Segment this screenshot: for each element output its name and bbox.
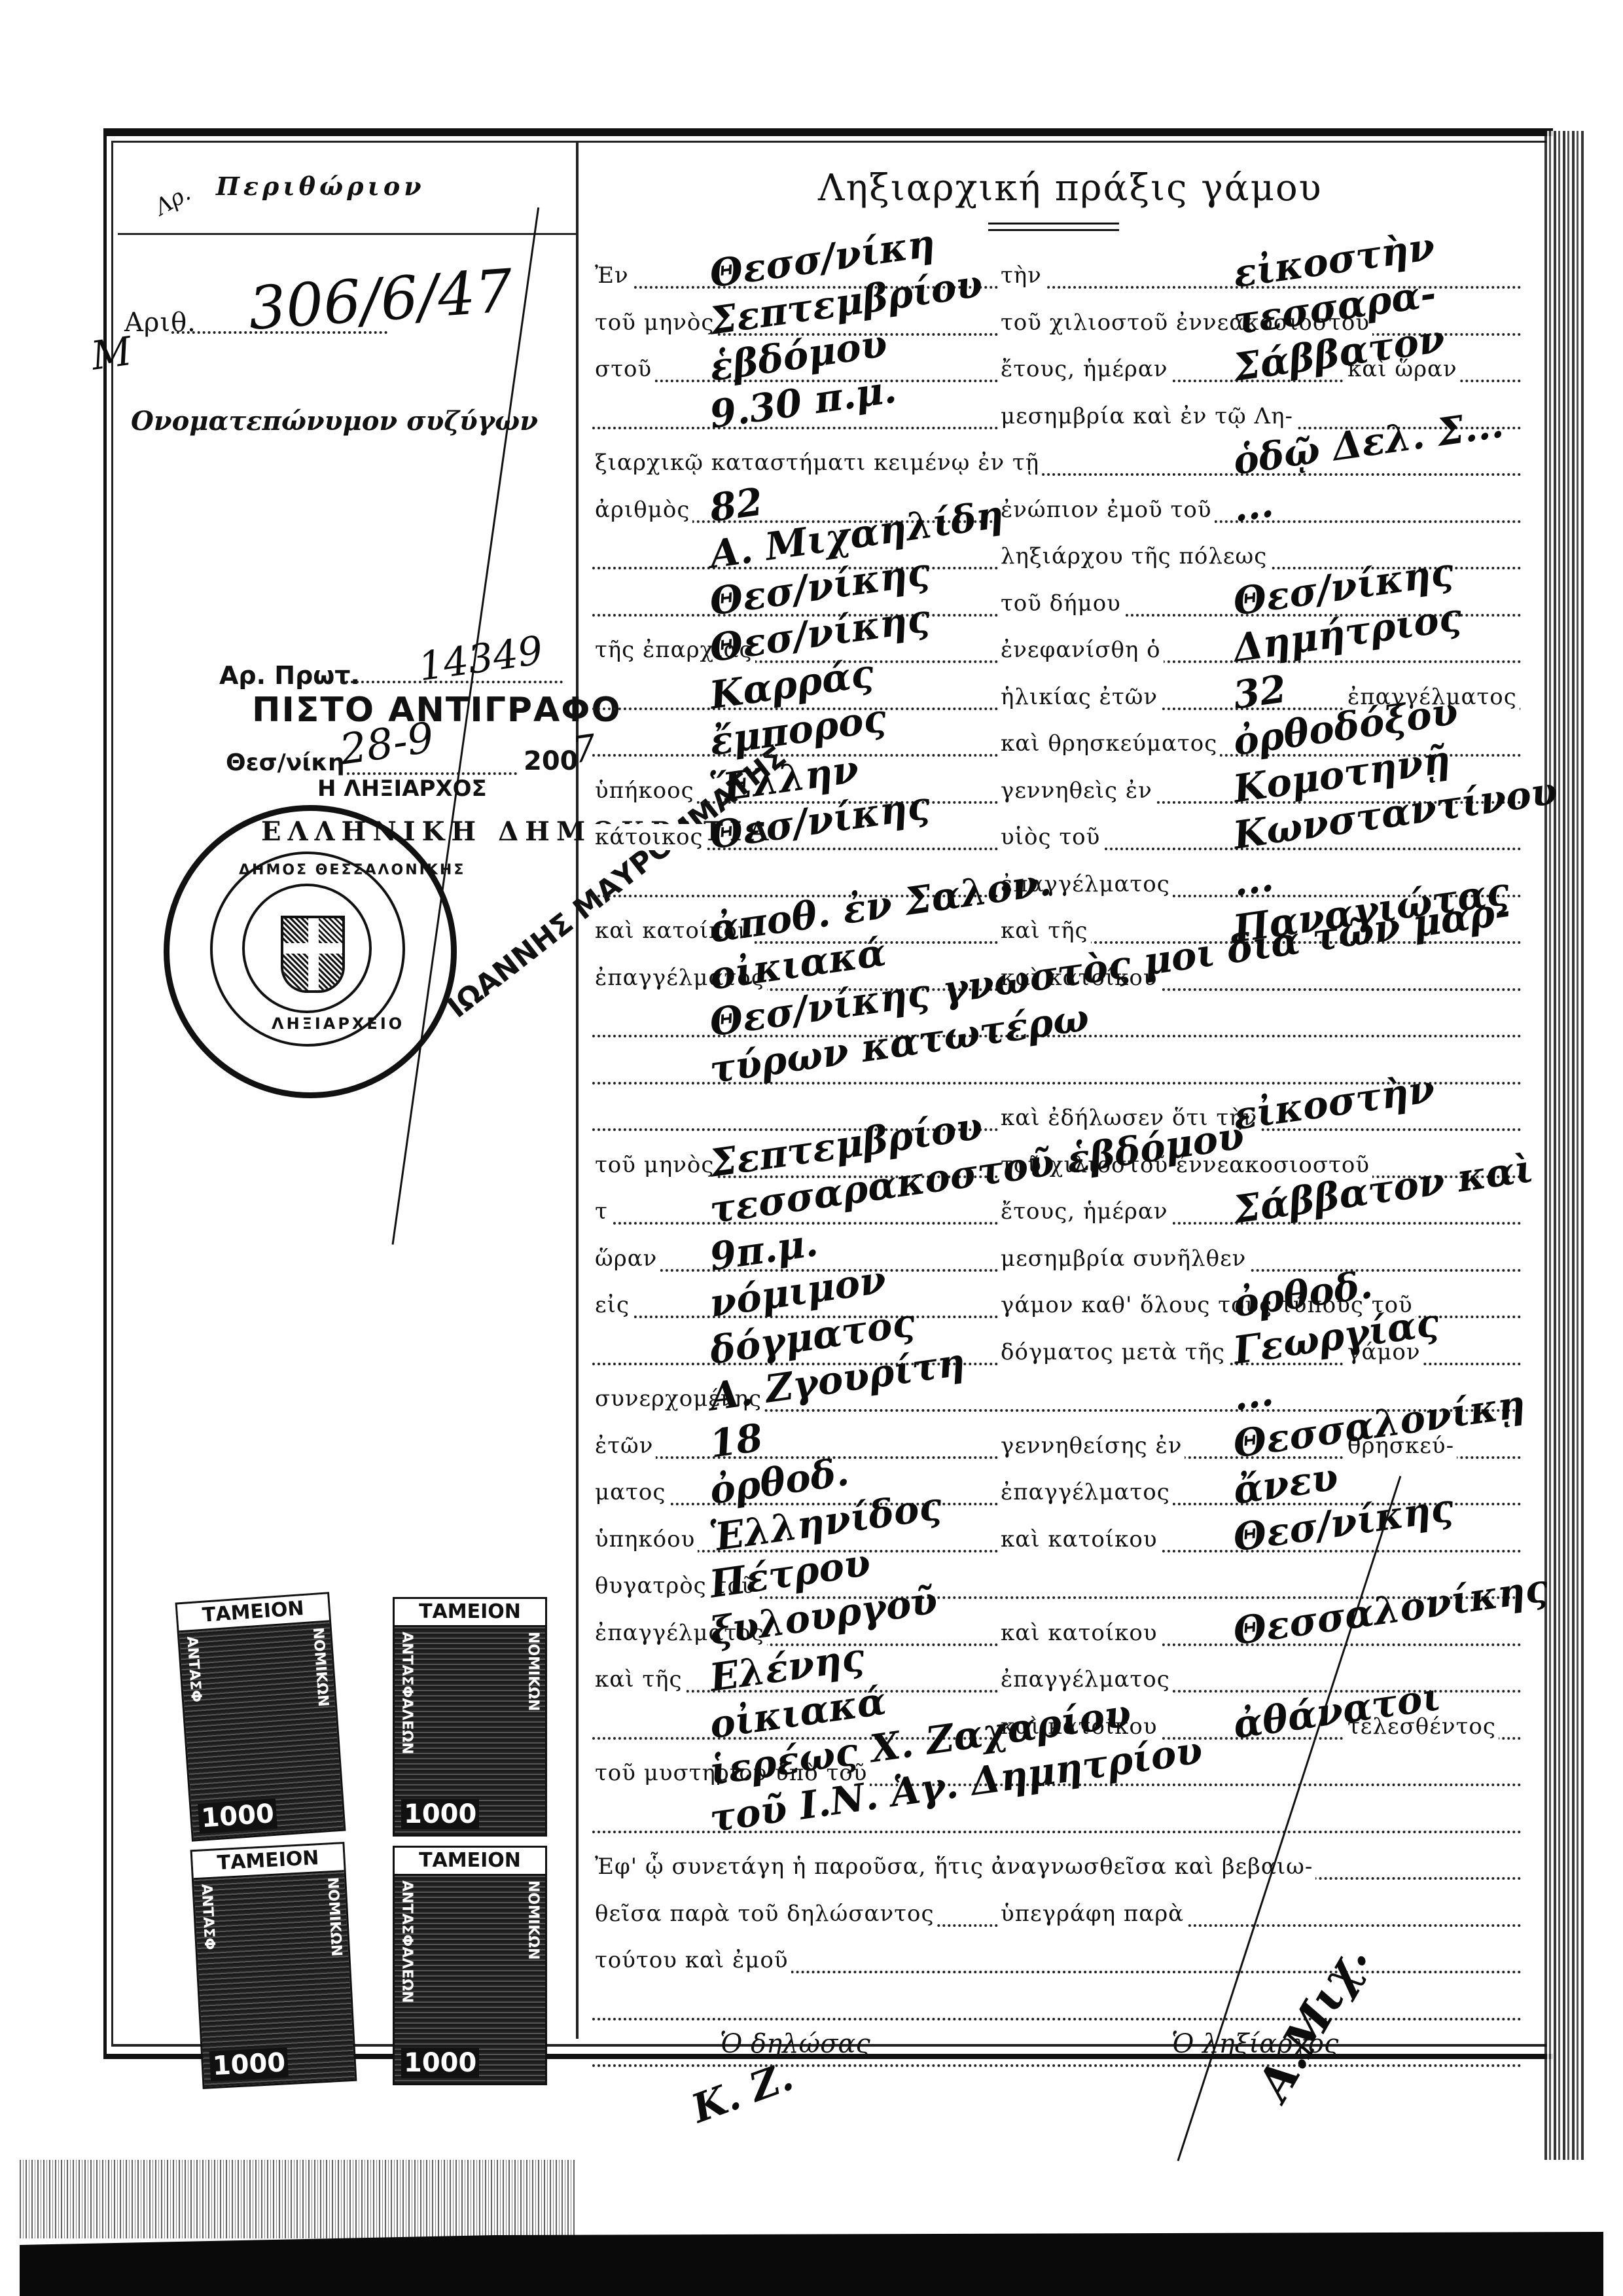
form-line: δόγματος μετὰ τῆςγάμονδόγματοςΓεωργίας	[592, 1335, 1535, 1374]
printed-text: ἐτῶν	[592, 1433, 656, 1459]
handwritten-entry: 32	[1230, 666, 1289, 718]
seal-inner-text: ΔΗΜΟΣ ΘΕΣΣΑΛΟΝΙΚΗΣ	[239, 862, 465, 878]
printed-text: ἐνεφανίσθη ὁ	[998, 637, 1164, 663]
title-rule	[988, 229, 1119, 231]
scan-edge-bottom	[20, 2232, 1603, 2296]
margin-scribble: Μ	[88, 329, 135, 380]
form-line: κάτοικοςυἱὸς τοῦΘεσ/νίκηςΚωνσταντίνου	[592, 820, 1535, 859]
form-line: ἀριθμὸςἐνώπιον ἐμοῦ τοῦ82...	[592, 493, 1535, 532]
title-rule	[988, 223, 1119, 224]
printed-text: ὑπεγράφη παρὰ	[998, 1901, 1186, 1927]
form-line: ξιαρχικῷ καταστήματι κειμένῳ ἐν τῇὁδῷ Δε…	[592, 446, 1535, 485]
dotted-fill-line	[592, 2018, 1522, 2020]
printed-text: μεσημβρία καὶ ἐν τῷ Λη-	[998, 403, 1296, 429]
form-line	[592, 1990, 1535, 2030]
protocol-label: Αρ. Πρωτ.	[219, 661, 360, 690]
printed-text: ἐπαγγέλματος	[998, 1479, 1173, 1505]
form-line: καὶ ἐδήλωσεν ὅτι τὴνεἰκοστὴν	[592, 1101, 1535, 1140]
year-prefix: 200	[524, 746, 579, 776]
printed-text: ἔτους, ἡμέραν	[998, 356, 1171, 382]
number-dotted-line	[171, 331, 387, 334]
spouses-label: Ονοματεπώνυμον συζύγων	[131, 406, 538, 437]
form-line: Ἐφ' ᾧ συνετάγη ἡ παροῦσα, ἥτις ἀναγνωσθε…	[592, 1850, 1535, 1889]
printed-text: καὶ κατοίκου	[998, 1620, 1160, 1646]
seal-inner-ring: ΔΗΜΟΣ ΘΕΣΣΑΛΟΝΙΚΗΣ ΛΗΞΙΑΡΧΕΙΟ	[210, 852, 405, 1047]
revenue-stamp: ΤΑΜΕΙΟΝ ΑΝΤΑΣΦΑΛΕΩΝ ΝΟΜΙΚΩΝ 1000	[393, 1846, 547, 2085]
scan-edge-right	[1544, 131, 1584, 2160]
printed-text: τοῦ μηνὸς	[592, 310, 717, 336]
municipal-seal: ΕΛΛΗΝΙΚΗ ΔΗΜΟΚΡΑΤΙΑ ΔΗΜΟΣ ΘΕΣΣΑΛΟΝΙΚΗΣ Λ…	[164, 805, 457, 1098]
printed-text: θεῖσα παρὰ τοῦ δηλώσαντος	[592, 1901, 936, 1927]
form-line: ὑπηκόουκαὶ κατοίκουἙλληνίδοςΘεσ/νίκης	[592, 1522, 1535, 1562]
handwritten-entry: ...	[1230, 1370, 1275, 1420]
form-line: ὥρανμεσημβρία συνῆλθεν9π.μ.	[592, 1242, 1535, 1281]
handwritten-entry: 18	[707, 1415, 765, 1467]
printed-text: τ	[592, 1198, 611, 1225]
printed-text: Ἐν	[592, 262, 632, 289]
form-line: τοῦ Ι.Ν. Ἁγ. Δημητρίου	[592, 1803, 1535, 1842]
revenue-stamp: ΤΑΜΕΙΟΝ ΑΝΤΑΣΦΑΛΕΩΝ ΝΟΜΙΚΩΝ 1000	[393, 1597, 547, 1837]
seal-core-ring	[242, 884, 372, 1013]
printed-text: ἐνώπιον ἐμοῦ τοῦ	[998, 497, 1215, 523]
revenue-stamp: ΤΑΜΕΙΟΝ ΑΝΤΑΣΦ ΝΟΜΙΚΩΝ 1000	[175, 1592, 346, 1842]
printed-text: τοῦ μηνὸς	[592, 1152, 717, 1178]
column-divider	[576, 141, 579, 2039]
document-title: Ληξιαρχική πράξις γάμου	[818, 167, 1323, 209]
place-label: Θεσ/νίκη	[226, 749, 345, 776]
handwritten-entry: 82	[707, 479, 765, 531]
form-line: στοῦἔτους, ἡμέρανκαὶ ὥρανἑβδόμουΣάββατον	[592, 352, 1535, 391]
printed-text: ληξιάρχου τῆς πόλεως	[998, 543, 1270, 569]
form-line: τούτου καὶ ἐμοῦ	[592, 1943, 1535, 1982]
printed-text: ματος	[592, 1479, 668, 1505]
handwritten-entry: ...	[1230, 480, 1275, 530]
dotted-fill-line	[592, 2064, 1522, 2067]
printed-text: ὥραν	[592, 1246, 660, 1272]
printed-text: καὶ θρησκεύματος	[998, 730, 1220, 757]
printed-text: ἀριθμὸς	[592, 497, 692, 523]
printed-text: τούτου καὶ ἐμοῦ	[592, 1947, 791, 1973]
form-line: θεῖσα παρὰ τοῦ δηλώσαντοςὑπεγράφη παρὰ	[592, 1897, 1535, 1936]
printed-text: ξιαρχικῷ καταστήματι κειμένῳ ἐν τῇ	[592, 450, 1042, 476]
declarant-label: Ὁ δηλώσας	[720, 2029, 870, 2059]
seal-bottom-text: ΛΗΞΙΑΡΧΕΙΟ	[272, 1014, 404, 1033]
left-header-rule	[118, 233, 576, 235]
margin-header: Περιθώριον	[216, 171, 425, 201]
printed-text: υἱὸς τοῦ	[998, 824, 1103, 850]
form-line: τἔτους, ἡμέραντεσσαρακοστοῦ ἑβδόμουΣάββα…	[592, 1194, 1535, 1234]
printed-text: εἰς	[592, 1292, 632, 1318]
form-line: ἐτῶνγεννηθείσης ἐνθρησκεύ-18Θεσσαλονίκῃ	[592, 1429, 1535, 1468]
date-dotted-line	[347, 772, 517, 775]
printed-text: Ἐφ' ᾧ συνετάγη ἡ παροῦσα, ἥτις ἀναγνωσθε…	[592, 1854, 1315, 1880]
printed-text: ὑπήκοος	[592, 778, 697, 804]
printed-text: ἡλικίας ἐτῶν	[998, 684, 1160, 710]
form-line: τῆς ἐπαρχίαςἐνεφανίσθη ὁΘεσ/νίκηςΔημήτρι…	[592, 633, 1535, 672]
printed-text: μεσημβρία συνῆλθεν	[998, 1246, 1249, 1272]
certified-copy-title: ΠΙΣΤΟ ΑΝΤΙΓΡΑΦΟ	[252, 691, 622, 730]
printed-text: καὶ τῆς	[592, 1666, 685, 1693]
form-line: ἐπαγγέλματοςκαὶ κατοίκουξυλουργοῦΘεσσαλο…	[592, 1616, 1535, 1655]
greek-coat-of-arms-icon	[281, 916, 345, 993]
handwritten-entry: ...	[1230, 855, 1275, 905]
revenue-stamp: ΤΑΜΕΙΟΝ ΑΝΤΑΣΦ ΝΟΜΙΚΩΝ 1000	[190, 1842, 357, 2089]
printed-text: δόγματος μετὰ τῆς	[998, 1339, 1228, 1365]
printed-text: καὶ τῆς	[998, 918, 1091, 944]
printed-text: τὴν	[998, 262, 1044, 289]
scan-shadow-bottom-left	[20, 2160, 576, 2238]
printed-text: κάτοικος	[592, 824, 706, 850]
printed-text: γεννηθείσης ἐν	[998, 1433, 1185, 1459]
printed-text: στοῦ	[592, 356, 654, 382]
printed-text: καὶ κατοίκου	[998, 1526, 1160, 1552]
printed-text: τοῦ δήμου	[998, 590, 1124, 617]
printed-text: γεννηθεὶς ἐν	[998, 778, 1155, 804]
printed-text: ὑπηκόου	[592, 1526, 698, 1552]
printed-text: ἐπαγγέλματος	[998, 1666, 1173, 1693]
printed-text: ἔτους, ἡμέραν	[998, 1198, 1171, 1225]
registrar-officer-title: Η ΛΗΞΙΑΡΧΟΣ	[317, 776, 487, 802]
